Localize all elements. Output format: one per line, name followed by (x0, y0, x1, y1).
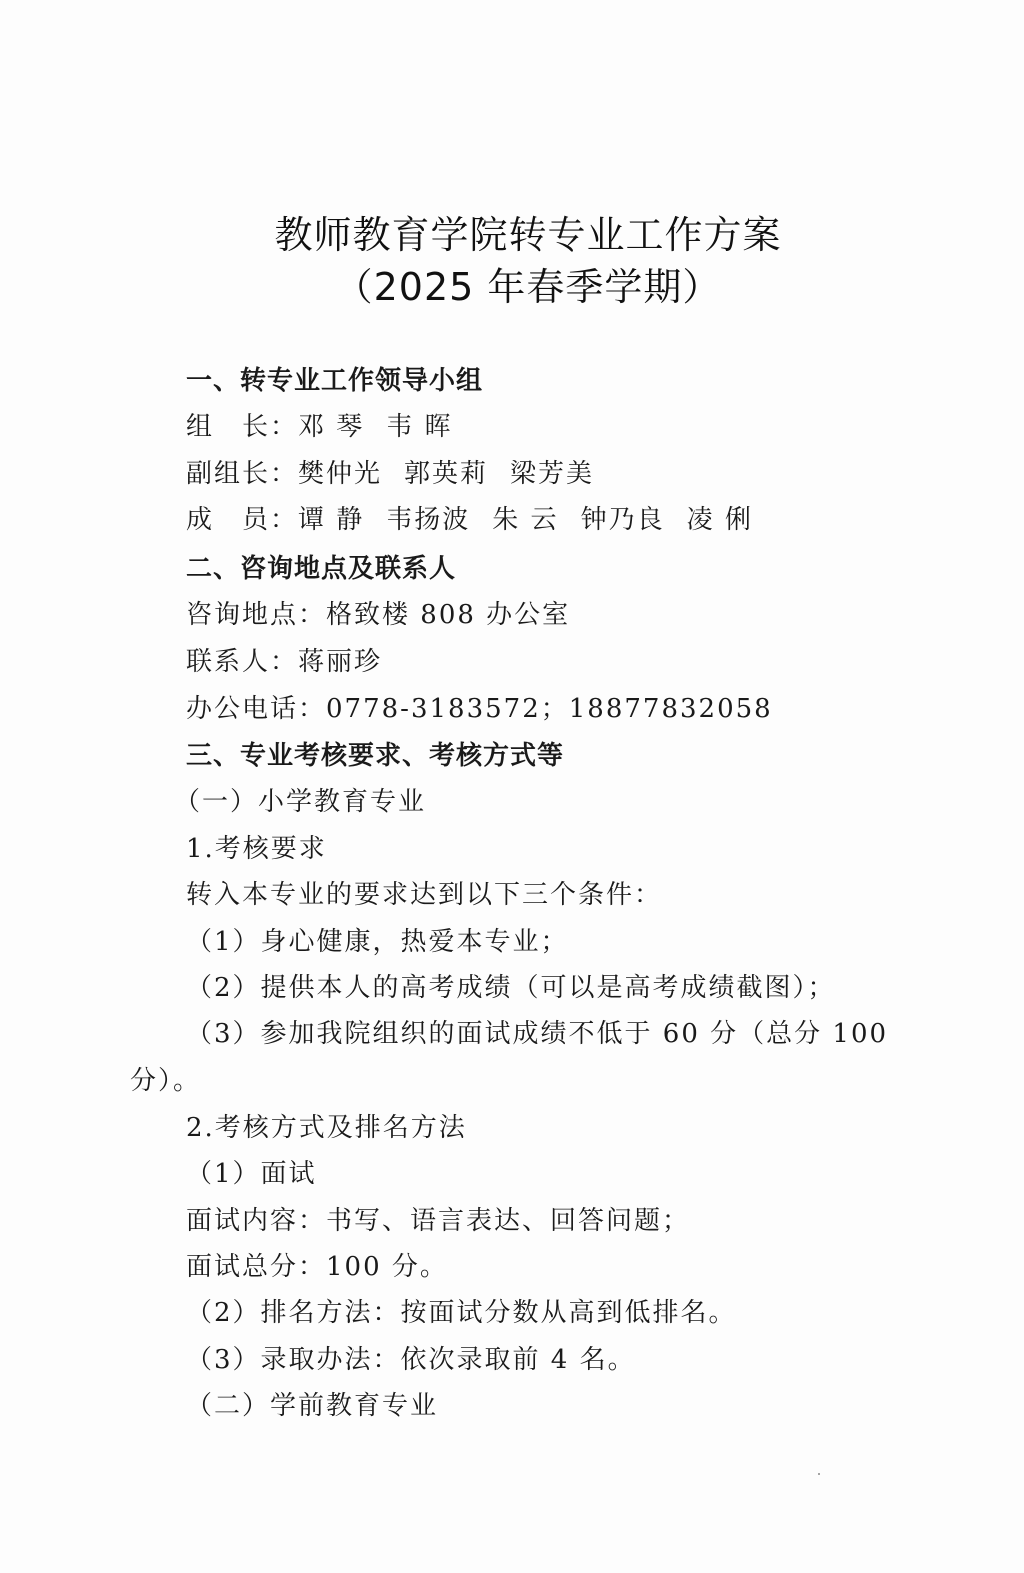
scan-artifact (818, 1473, 820, 1475)
requirement-item: （2）提供本人的高考成绩（可以是高考成绩截图）； (186, 971, 836, 1005)
member-name: 凌 俐 (687, 505, 753, 535)
member-row: 成 员：谭 静韦扬波朱 云钟乃良凌 俐 (186, 503, 753, 537)
phone-value: 0778-3183572；18877832058 (326, 694, 773, 724)
subsection1-heading: （一）小学教育专业 (174, 785, 426, 819)
interview-content: 面试内容：书写、语言表达、回答问题； (186, 1204, 690, 1238)
member-name: 韦扬波 (386, 505, 470, 535)
interview-total: 面试总分：100 分。 (186, 1250, 448, 1284)
subsection2-heading: （二）学前教育专业 (186, 1389, 438, 1423)
phone-label: 办公电话： (186, 694, 326, 724)
contact-value: 蒋丽珍 (298, 647, 382, 677)
leader-label: 组 长： (186, 412, 298, 442)
deputy-row: 副组长：樊仲光郭英莉梁芳美 (186, 457, 594, 491)
location-label: 咨询地点： (186, 600, 326, 630)
member-name: 朱 云 (492, 505, 558, 535)
leader-name: 韦 晖 (386, 412, 452, 442)
ranking-method: （2）排名方法：按面试分数从高到低排名。 (186, 1296, 737, 1330)
deputy-name: 梁芳美 (510, 459, 594, 489)
section3-heading: 三、专业考核要求、考核方式等 (186, 739, 564, 773)
member-label: 成 员： (186, 505, 298, 535)
requirement-item-continuation: 分）。 (130, 1064, 201, 1098)
method-heading: 2.考核方式及排名方法 (186, 1111, 467, 1145)
interview-heading: （1）面试 (186, 1157, 317, 1191)
requirement-item: （1）身心健康，热爱本专业； (186, 925, 569, 959)
document-page: 教师教育学院转专业工作方案 （2025 年春季学期） 一、转专业工作领导小组 组… (0, 0, 1024, 1573)
requirements-intro: 转入本专业的要求达到以下三个条件： (186, 878, 662, 912)
requirement-item: （3）参加我院组织的面试成绩不低于 60 分（总分 100 (186, 1017, 888, 1051)
admission-method: （3）录取办法：依次录取前 4 名。 (186, 1343, 636, 1377)
section2-heading: 二、咨询地点及联系人 (186, 552, 456, 586)
requirements-heading: 1.考核要求 (186, 832, 327, 866)
section1-heading: 一、转专业工作领导小组 (186, 364, 483, 398)
contact-row: 联系人：蒋丽珍 (186, 645, 382, 679)
member-name: 钟乃良 (581, 505, 665, 535)
location-row: 咨询地点：格致楼 808 办公室 (186, 598, 570, 632)
phone-row: 办公电话：0778-3183572；18877832058 (186, 692, 773, 726)
location-value: 格致楼 808 办公室 (326, 600, 570, 630)
deputy-name: 樊仲光 (298, 459, 382, 489)
deputy-label: 副组长： (186, 459, 298, 489)
member-name: 谭 静 (298, 505, 364, 535)
document-title: 教师教育学院转专业工作方案 (16, 204, 1024, 259)
deputy-name: 郭英莉 (404, 459, 488, 489)
contact-label: 联系人： (186, 647, 298, 677)
leader-row: 组 长：邓 琴韦 晖 (186, 410, 453, 444)
document-subtitle: （2025 年春季学期） (16, 256, 1024, 311)
leader-name: 邓 琴 (298, 412, 364, 442)
